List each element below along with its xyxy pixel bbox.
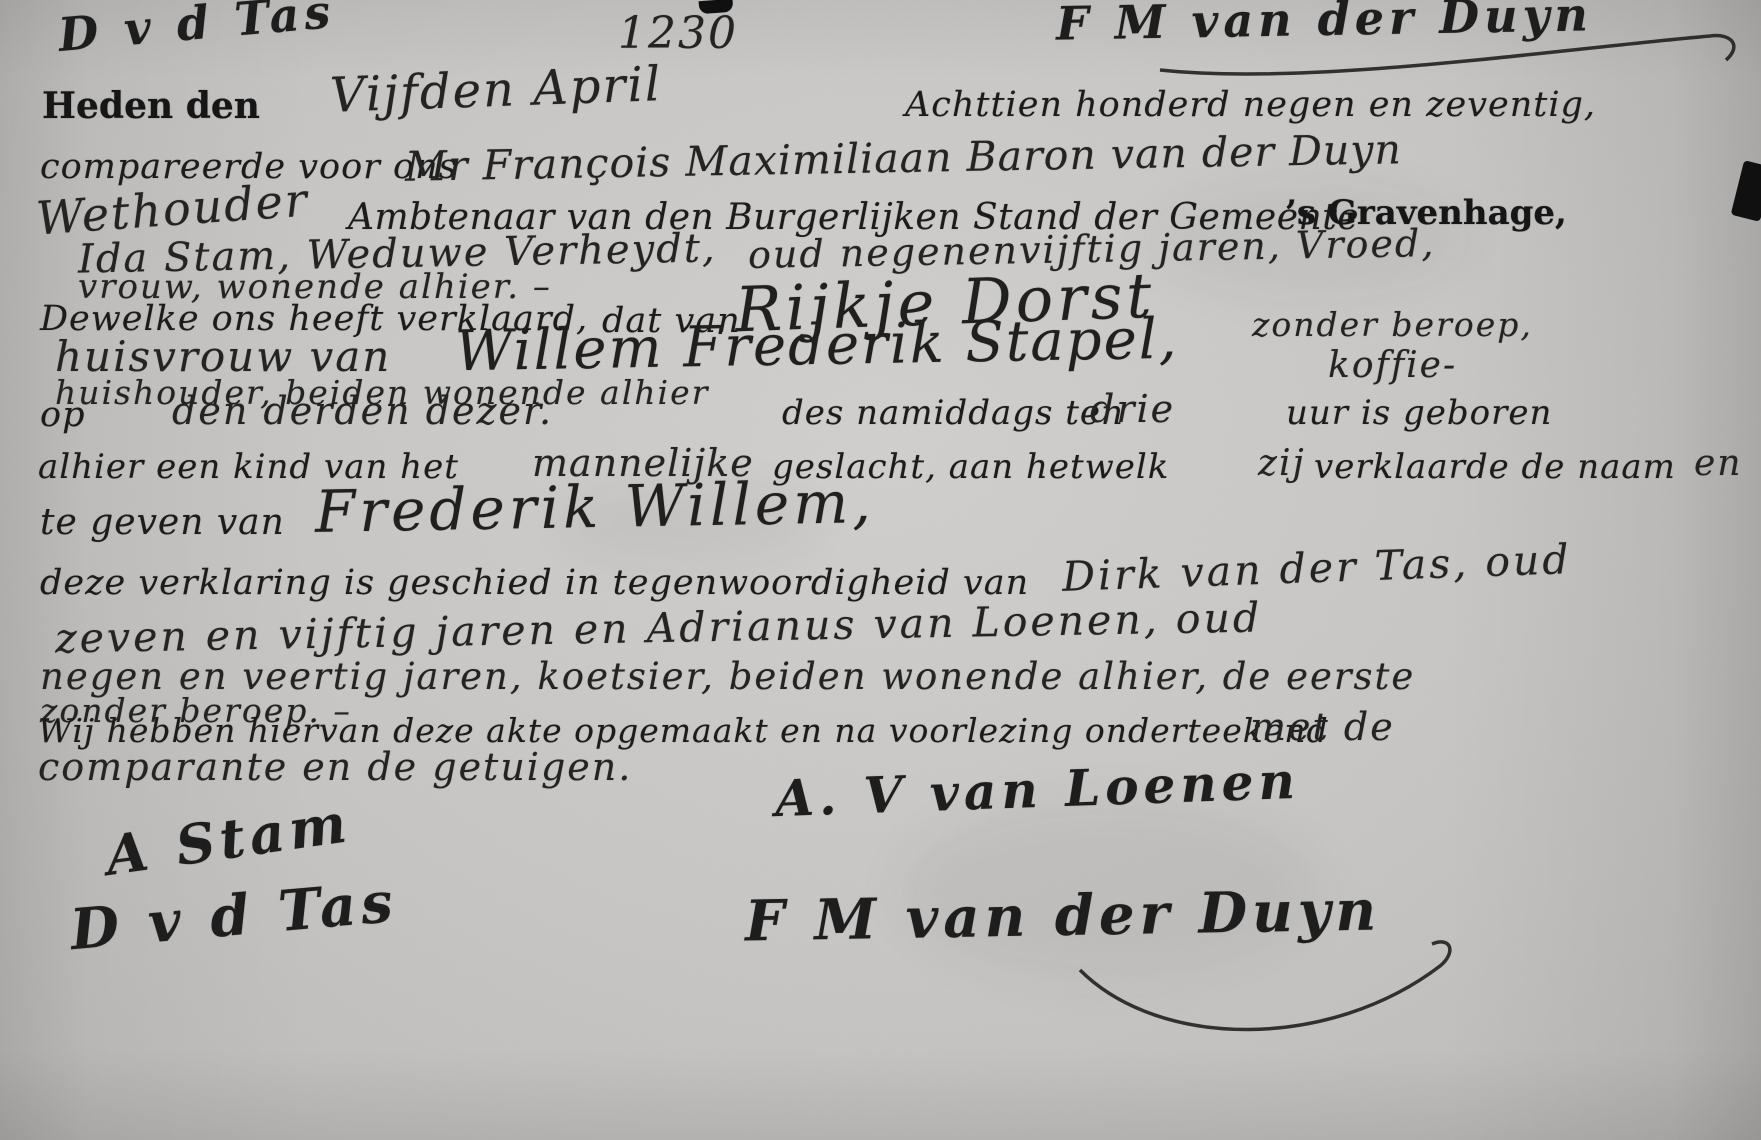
margin-signature-official: F M van der Duyn [1056,0,1594,47]
handwritten-date: Vijfden April [329,60,663,120]
handwritten-witness1: Dirk van der Tas, oud [1061,539,1572,598]
handwritten-official-name: Mr François Maximiliaan Baron van der Du… [405,129,1402,187]
printed-uur-is-geboren: uur is geboren [1286,396,1552,430]
signature-official: F M van der Duyn [745,882,1382,949]
margin-signature-tas: D v d Tas [57,0,337,58]
scanned-birth-record: D v d Tas 1230 F M van der Duyn Heden de… [0,0,1761,1140]
signature-loenen: A. V van Loenen [774,756,1300,824]
handwritten-naam-suffix: en [1694,446,1743,482]
handwritten-zij: zij [1258,446,1306,482]
printed-heden-den: Heden den [42,88,260,124]
printed-verklaarde: verklaarde de naam [1314,450,1676,484]
handwritten-witness2: zeven en vijftig jaren en Adrianus van L… [55,597,1263,659]
printed-closing: Wij hebben hiervan deze akte opgemaakt e… [38,714,1329,747]
printed-te-geven-van: te geven van [40,505,285,541]
act-number: 1230 [618,12,738,56]
handwritten-birth-day: den derden dezer. [172,392,553,430]
handwritten-child-name: Frederik Willem, [315,473,876,541]
printed-verklaring: deze verklaring is geschied in tegenwoor… [40,566,1029,601]
handwritten-birth-hour: drie [1090,390,1175,428]
printed-year: Achttien honderd negen en zeventig, [905,88,1596,123]
handwritten-mother-occupation: zonder beroep, [1252,308,1533,341]
handwritten-closing-1: met de [1250,708,1395,746]
printed-op: op [40,398,85,433]
handwritten-father-name: Willem Frederik Stapel, [455,312,1179,381]
handwritten-closing-2: comparante en de getuigen. [38,748,632,786]
printed-des-namiddags: des namiddags ten [782,396,1124,430]
handwritten-father-occupation-1: koffie- [1328,348,1457,384]
scan-artifact-right-edge [1731,160,1761,222]
handwritten-witness2-age: negen en veertig jaren, koetsier, beiden… [40,658,1415,695]
signature-stam: A Stam [102,795,354,883]
handwritten-huisvrouw-van: huisvrouw van [55,336,391,378]
